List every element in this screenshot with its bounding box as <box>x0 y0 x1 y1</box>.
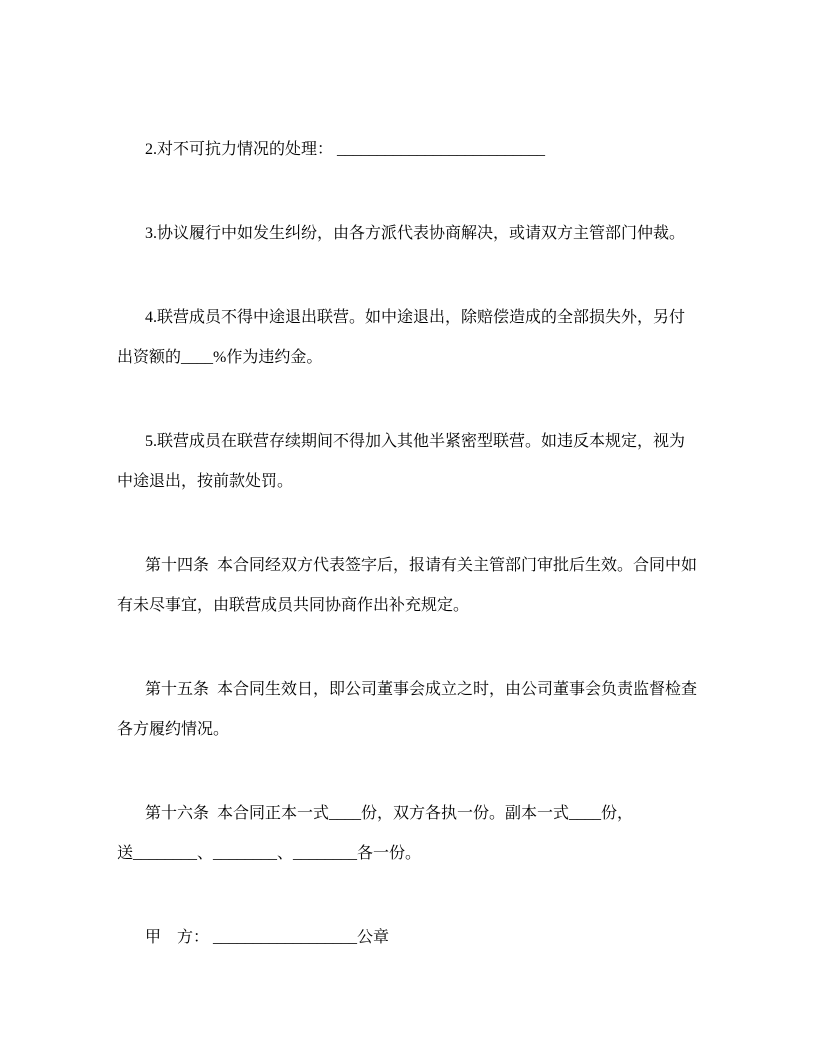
text-line: 第十五条 本合同生效日，即公司董事会成立之时，由公司董事会负责监督检查 <box>117 670 699 710</box>
text-line: 送________、________、________各一份。 <box>117 834 699 874</box>
text-line: 第十六条 本合同正本一式____份，双方各执一份。副本一式____份， <box>117 794 699 834</box>
signature-party-a: 甲 方： __________________公章 <box>117 918 699 958</box>
article-15-supervision: 第十五条 本合同生效日，即公司董事会成立之时，由公司董事会负责监督检查各方履约情… <box>117 670 699 750</box>
clause-3-dispute-resolution: 3.协议履行中如发生纠纷，由各方派代表协商解决，或请双方主管部门仲裁。 <box>117 214 699 254</box>
text-line: 5.联营成员在联营存续期间不得加入其他半紧密型联营。如违反本规定，视为 <box>117 422 699 462</box>
text-line: 有未尽事宜，由联营成员共同协商作出补充规定。 <box>117 586 699 626</box>
article-16-copies: 第十六条 本合同正本一式____份，双方各执一份。副本一式____份，送____… <box>117 794 699 874</box>
document-body: 2.对不可抗力情况的处理： __________________________… <box>0 0 816 1002</box>
text-line: 中途退出，按前款处罚。 <box>117 462 699 502</box>
text-line: 出资额的____%作为违约金。 <box>117 338 699 378</box>
clause-4-withdrawal-penalty: 4.联营成员不得中途退出联营。如中途退出，除赔偿造成的全部损失外，另付出资额的_… <box>117 298 699 378</box>
clause-2-force-majeure: 2.对不可抗力情况的处理： __________________________ <box>117 130 699 170</box>
clause-5-exclusivity: 5.联营成员在联营存续期间不得加入其他半紧密型联营。如违反本规定，视为中途退出，… <box>117 422 699 502</box>
text-line: 3.协议履行中如发生纠纷，由各方派代表协商解决，或请双方主管部门仲裁。 <box>117 214 699 254</box>
text-line: 第十四条 本合同经双方代表签字后，报请有关主管部门审批后生效。合同中如 <box>117 546 699 586</box>
article-14-effectiveness: 第十四条 本合同经双方代表签字后，报请有关主管部门审批后生效。合同中如有未尽事宜… <box>117 546 699 626</box>
contract-document-page: 2.对不可抗力情况的处理： __________________________… <box>0 0 816 1056</box>
text-line: 4.联营成员不得中途退出联营。如中途退出，除赔偿造成的全部损失外，另付 <box>117 298 699 338</box>
text-line: 各方履约情况。 <box>117 710 699 750</box>
text-line: 甲 方： __________________公章 <box>117 918 699 958</box>
text-line: 2.对不可抗力情况的处理： __________________________ <box>117 130 699 170</box>
